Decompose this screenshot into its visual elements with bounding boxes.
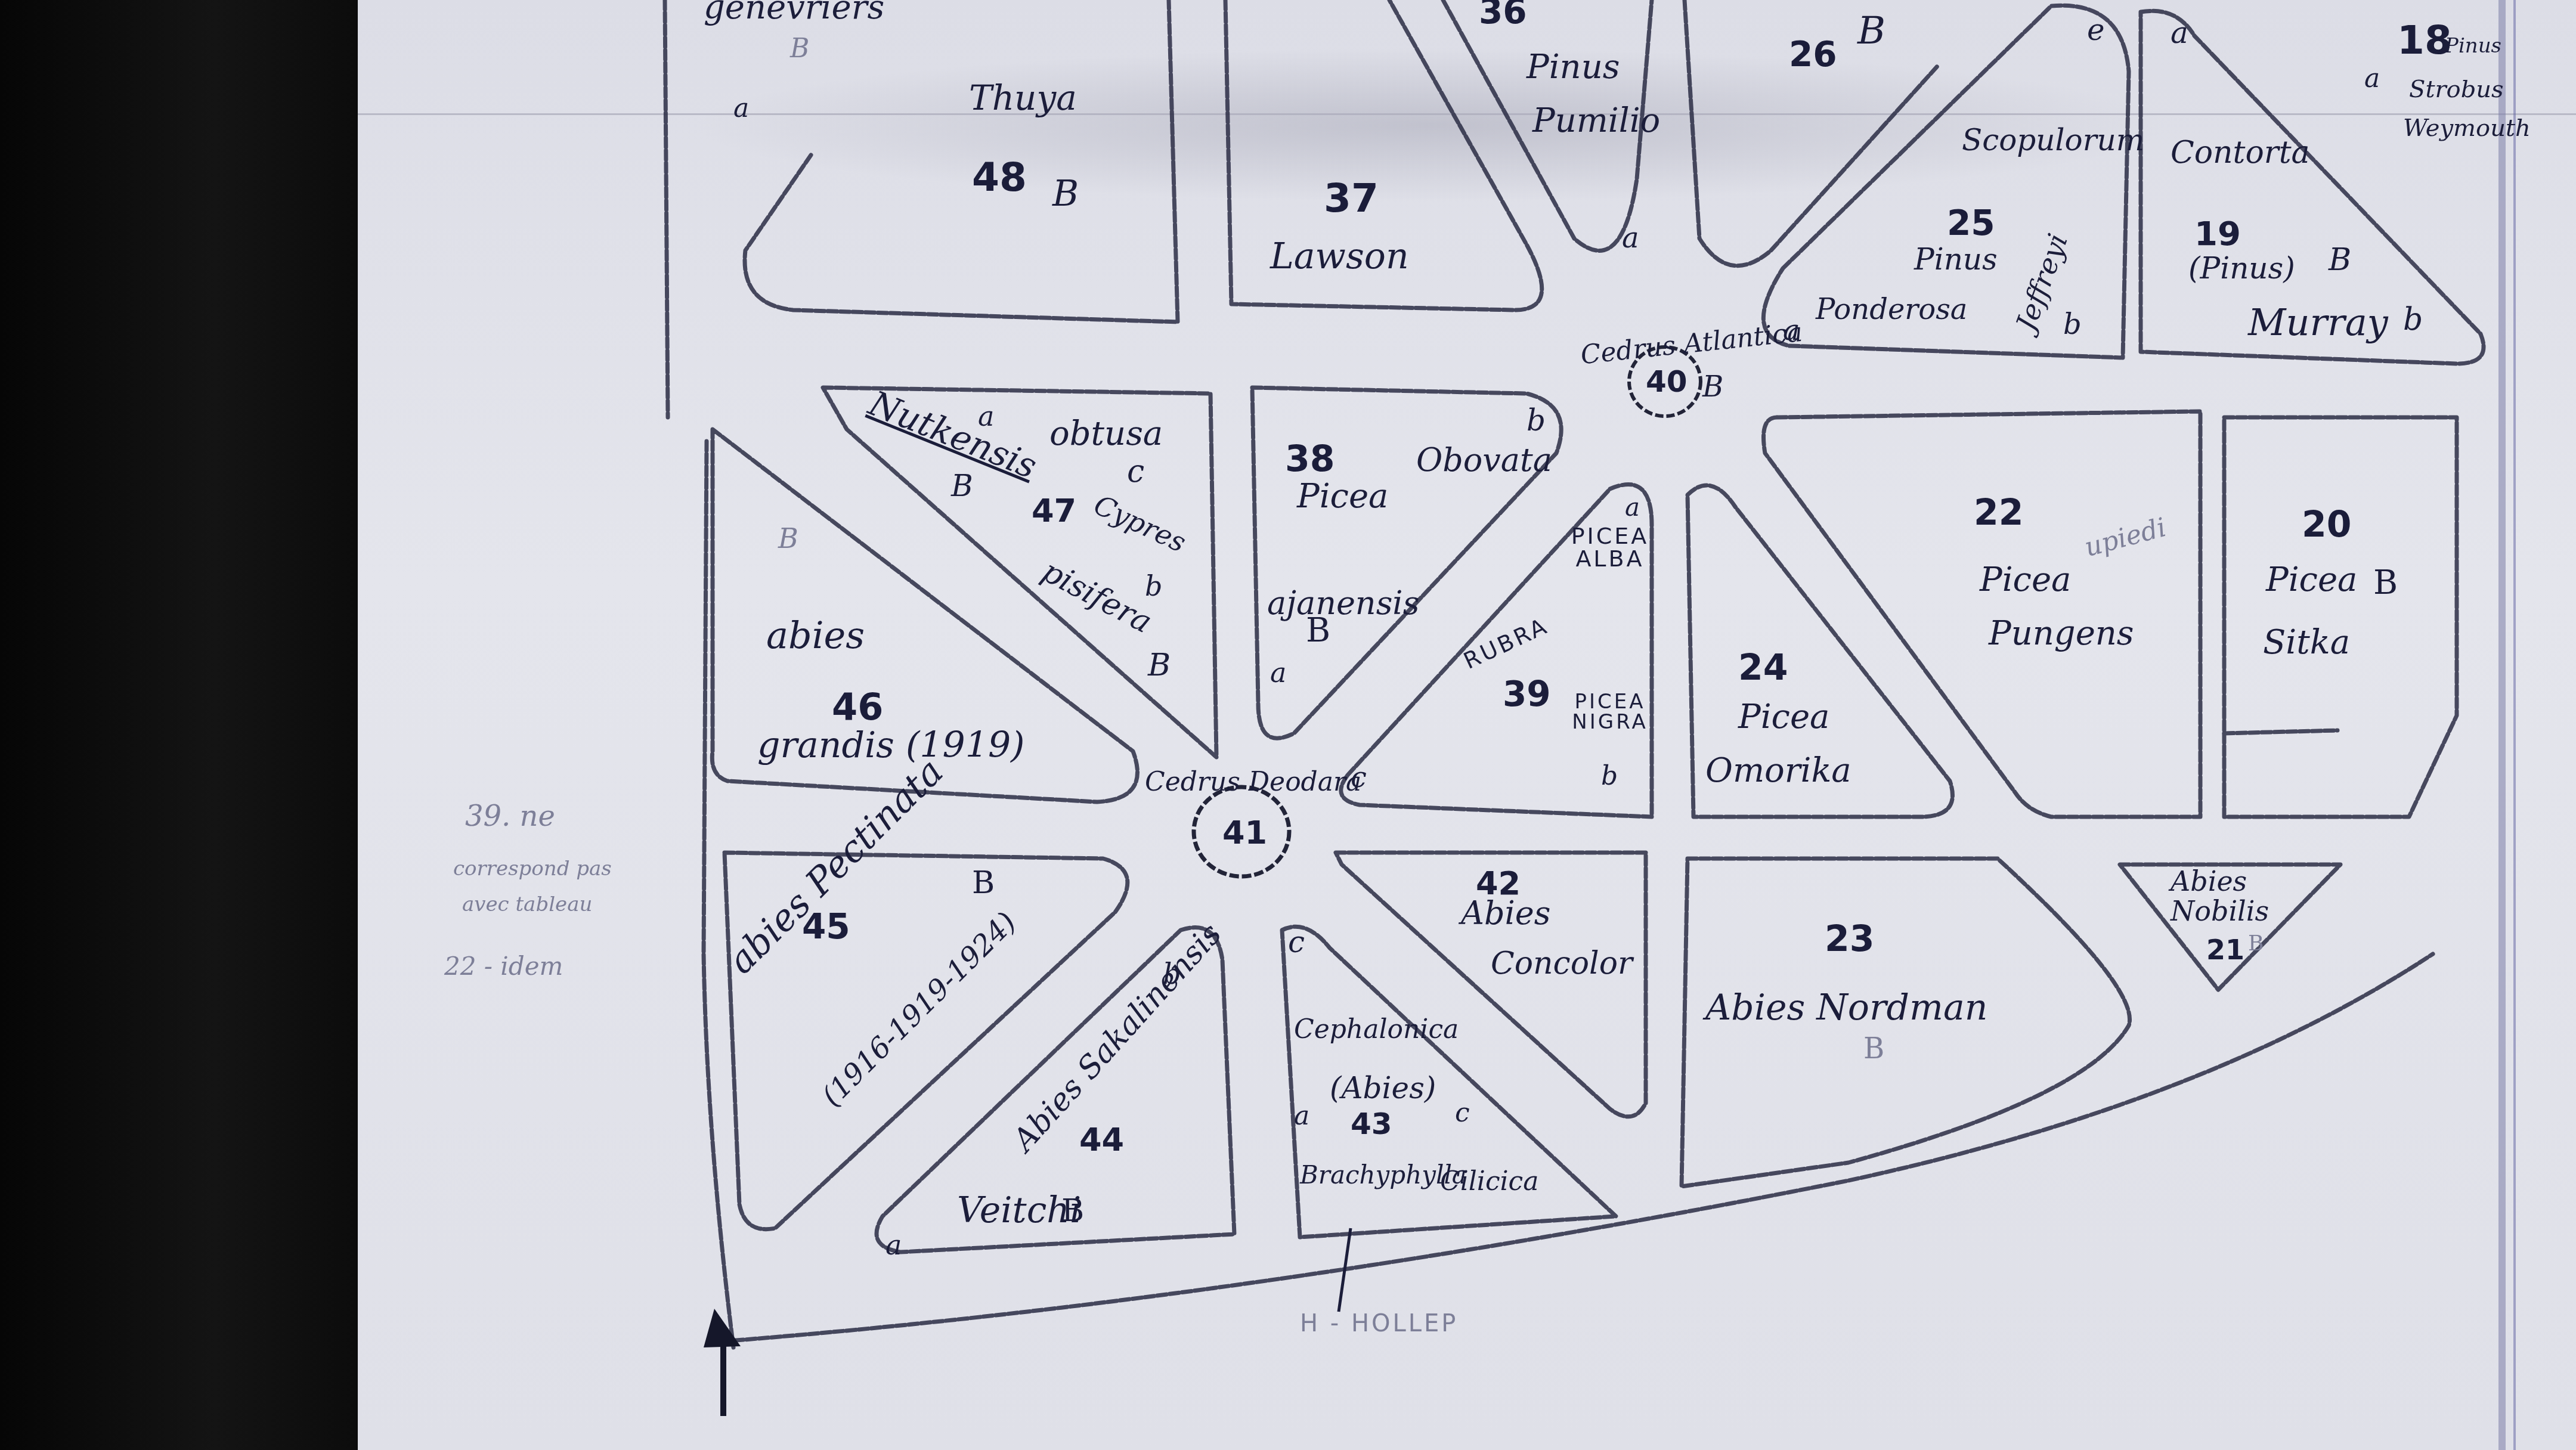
- tag-20: B: [2373, 566, 2398, 600]
- plot-43-cilicica: Cilicica: [1440, 1169, 1538, 1195]
- plot-25-header: Scopulorum: [1962, 125, 2144, 155]
- plot-42-species: Concolor: [1491, 948, 1633, 979]
- tag-47-b2: b: [1145, 572, 1162, 600]
- tag-38-a: a: [1270, 659, 1286, 686]
- tag-39-a: a: [1625, 495, 1640, 520]
- plot-number-48: 48: [972, 158, 1027, 197]
- tag-19: B: [2329, 244, 2351, 275]
- tag-21: B: [2248, 933, 2264, 955]
- plot-38-obovata: Obovata: [1416, 444, 1552, 476]
- plot-19-species: Murray: [2248, 304, 2388, 341]
- plot-46-species: grandis (1919): [757, 727, 1024, 763]
- plot-number-40: 40: [1646, 367, 1688, 396]
- tag-40: B: [1702, 373, 1723, 401]
- tag-a-top: a: [2171, 18, 2188, 48]
- plot-20-genus: Picea: [2266, 563, 2357, 597]
- plot-number-25: 25: [1947, 206, 1995, 240]
- plot-22-species: Pungens: [1989, 617, 2134, 650]
- plot-25-species-left: Ponderosa: [1816, 295, 1967, 324]
- holly-annotation: H - HOLLEP: [1300, 1312, 1458, 1336]
- plot-24-species: Omorika: [1705, 754, 1851, 788]
- tag-39-b: b: [1601, 763, 1618, 789]
- plot-43-cephalonica: Cephalonica: [1294, 1017, 1459, 1043]
- tag-44-a: a: [885, 1231, 902, 1259]
- tag-19-b: b: [2403, 304, 2423, 335]
- plot-19-header: Contorta: [2171, 137, 2310, 168]
- plot-43-genus: (Abies): [1330, 1073, 1436, 1103]
- plot-number-26: 26: [1789, 37, 1837, 72]
- pumilio-genus: Pinus: [1527, 51, 1620, 84]
- plot-47-obtusa: obtusa: [1049, 417, 1163, 451]
- plot-number-36: 36: [1479, 0, 1527, 29]
- tag-38-b: b: [1527, 405, 1546, 435]
- plot-42-genus: Abies: [1461, 897, 1551, 930]
- plot-number-38: 38: [1285, 441, 1335, 477]
- plot-18-species: Strobus: [2409, 78, 2504, 101]
- tag-38-B: B: [1306, 614, 1330, 647]
- plot-38-ajanensis: ajanensis: [1267, 587, 1419, 619]
- plot-20-outline: [2224, 417, 2457, 817]
- tag-47-c: c: [1127, 456, 1144, 487]
- plot-number-43: 43: [1351, 1109, 1392, 1139]
- tag-26: B: [1857, 12, 1885, 50]
- plot-number-46: 46: [832, 689, 883, 726]
- tag-a-genevriers: a: [733, 95, 749, 122]
- margin-note-line3: avec tableau: [462, 894, 592, 915]
- plot-number-21: 21: [2206, 936, 2244, 963]
- tag-pumilio: a: [1622, 224, 1639, 252]
- tag-23: B: [1863, 1034, 1884, 1063]
- plot-24-genus: Picea: [1738, 701, 1829, 734]
- tag-43-c: c: [1288, 927, 1305, 957]
- tag-45: B: [972, 867, 995, 898]
- margin-note-line1: 39. ne: [465, 802, 555, 831]
- plot-37-name: Lawson: [1270, 238, 1409, 274]
- tag-47-B2: B: [1148, 650, 1171, 681]
- plot-39-alba: PICEA ALBA: [1568, 525, 1652, 570]
- plot-number-37: 37: [1324, 179, 1379, 218]
- tag-genevriers: B: [790, 36, 809, 62]
- tag-41: c: [1351, 763, 1367, 792]
- margin-note-line2: correspond pas: [453, 859, 612, 879]
- tag-25-b: b: [2063, 310, 2082, 339]
- plot-number-18: 18: [2397, 21, 2452, 60]
- plot-number-22: 22: [1974, 495, 2024, 531]
- tag-44-B: B: [1061, 1195, 1084, 1226]
- plot-22-genus: Picea: [1980, 563, 2071, 597]
- margin-note-line4: 22 - idem: [444, 954, 563, 979]
- tag-e-top: e: [2087, 15, 2105, 45]
- plot-23-name: Abies Nordman: [1705, 990, 1987, 1025]
- plot-number-39: 39: [1503, 677, 1551, 711]
- plot-41-name: Cedrus Deodara: [1145, 769, 1361, 795]
- tag-43-a: a: [1294, 1103, 1309, 1129]
- plot-number-23: 23: [1825, 921, 1875, 957]
- plot-25-genus: Pinus: [1914, 244, 1998, 274]
- plot-number-19: 19: [2194, 218, 2241, 251]
- plot-number-44: 44: [1079, 1124, 1124, 1156]
- plot-20-species: Sitka: [2263, 626, 2350, 659]
- tag-48: B: [1052, 176, 1079, 212]
- tag-18: a: [2364, 66, 2380, 92]
- plot-number-41: 41: [1222, 817, 1267, 849]
- tag-43-c2: c: [1455, 1100, 1470, 1126]
- plot-48-outline: [745, 0, 1178, 322]
- plot-21-genus: Abies: [2171, 867, 2247, 895]
- pumilio-species: Pumilio: [1532, 104, 1660, 138]
- plot-number-20: 20: [2302, 507, 2352, 543]
- plot-19-genus: (Pinus): [2188, 253, 2295, 283]
- north-arrow-icon: [704, 1309, 741, 1416]
- tag-47-B: B: [951, 471, 973, 501]
- tag-46: B: [778, 525, 798, 552]
- plot-38-genus: Picea: [1297, 480, 1388, 513]
- plot-18-common: Weymouth: [2403, 116, 2531, 140]
- plot-number-47: 47: [1032, 495, 1076, 527]
- plot-39-nigra: PICEA NIGRA: [1568, 692, 1652, 732]
- plot-number-24: 24: [1738, 650, 1788, 686]
- plot-46-genus: abies: [766, 617, 865, 654]
- label-genevriers: genevriers: [704, 0, 884, 24]
- plot-outlines: [0, 0, 2576, 1450]
- plot-48-name: Thuya: [969, 80, 1077, 115]
- plot-18-genus: Pinus: [2445, 36, 2501, 56]
- plot-21-species: Nobilis: [2171, 897, 2269, 925]
